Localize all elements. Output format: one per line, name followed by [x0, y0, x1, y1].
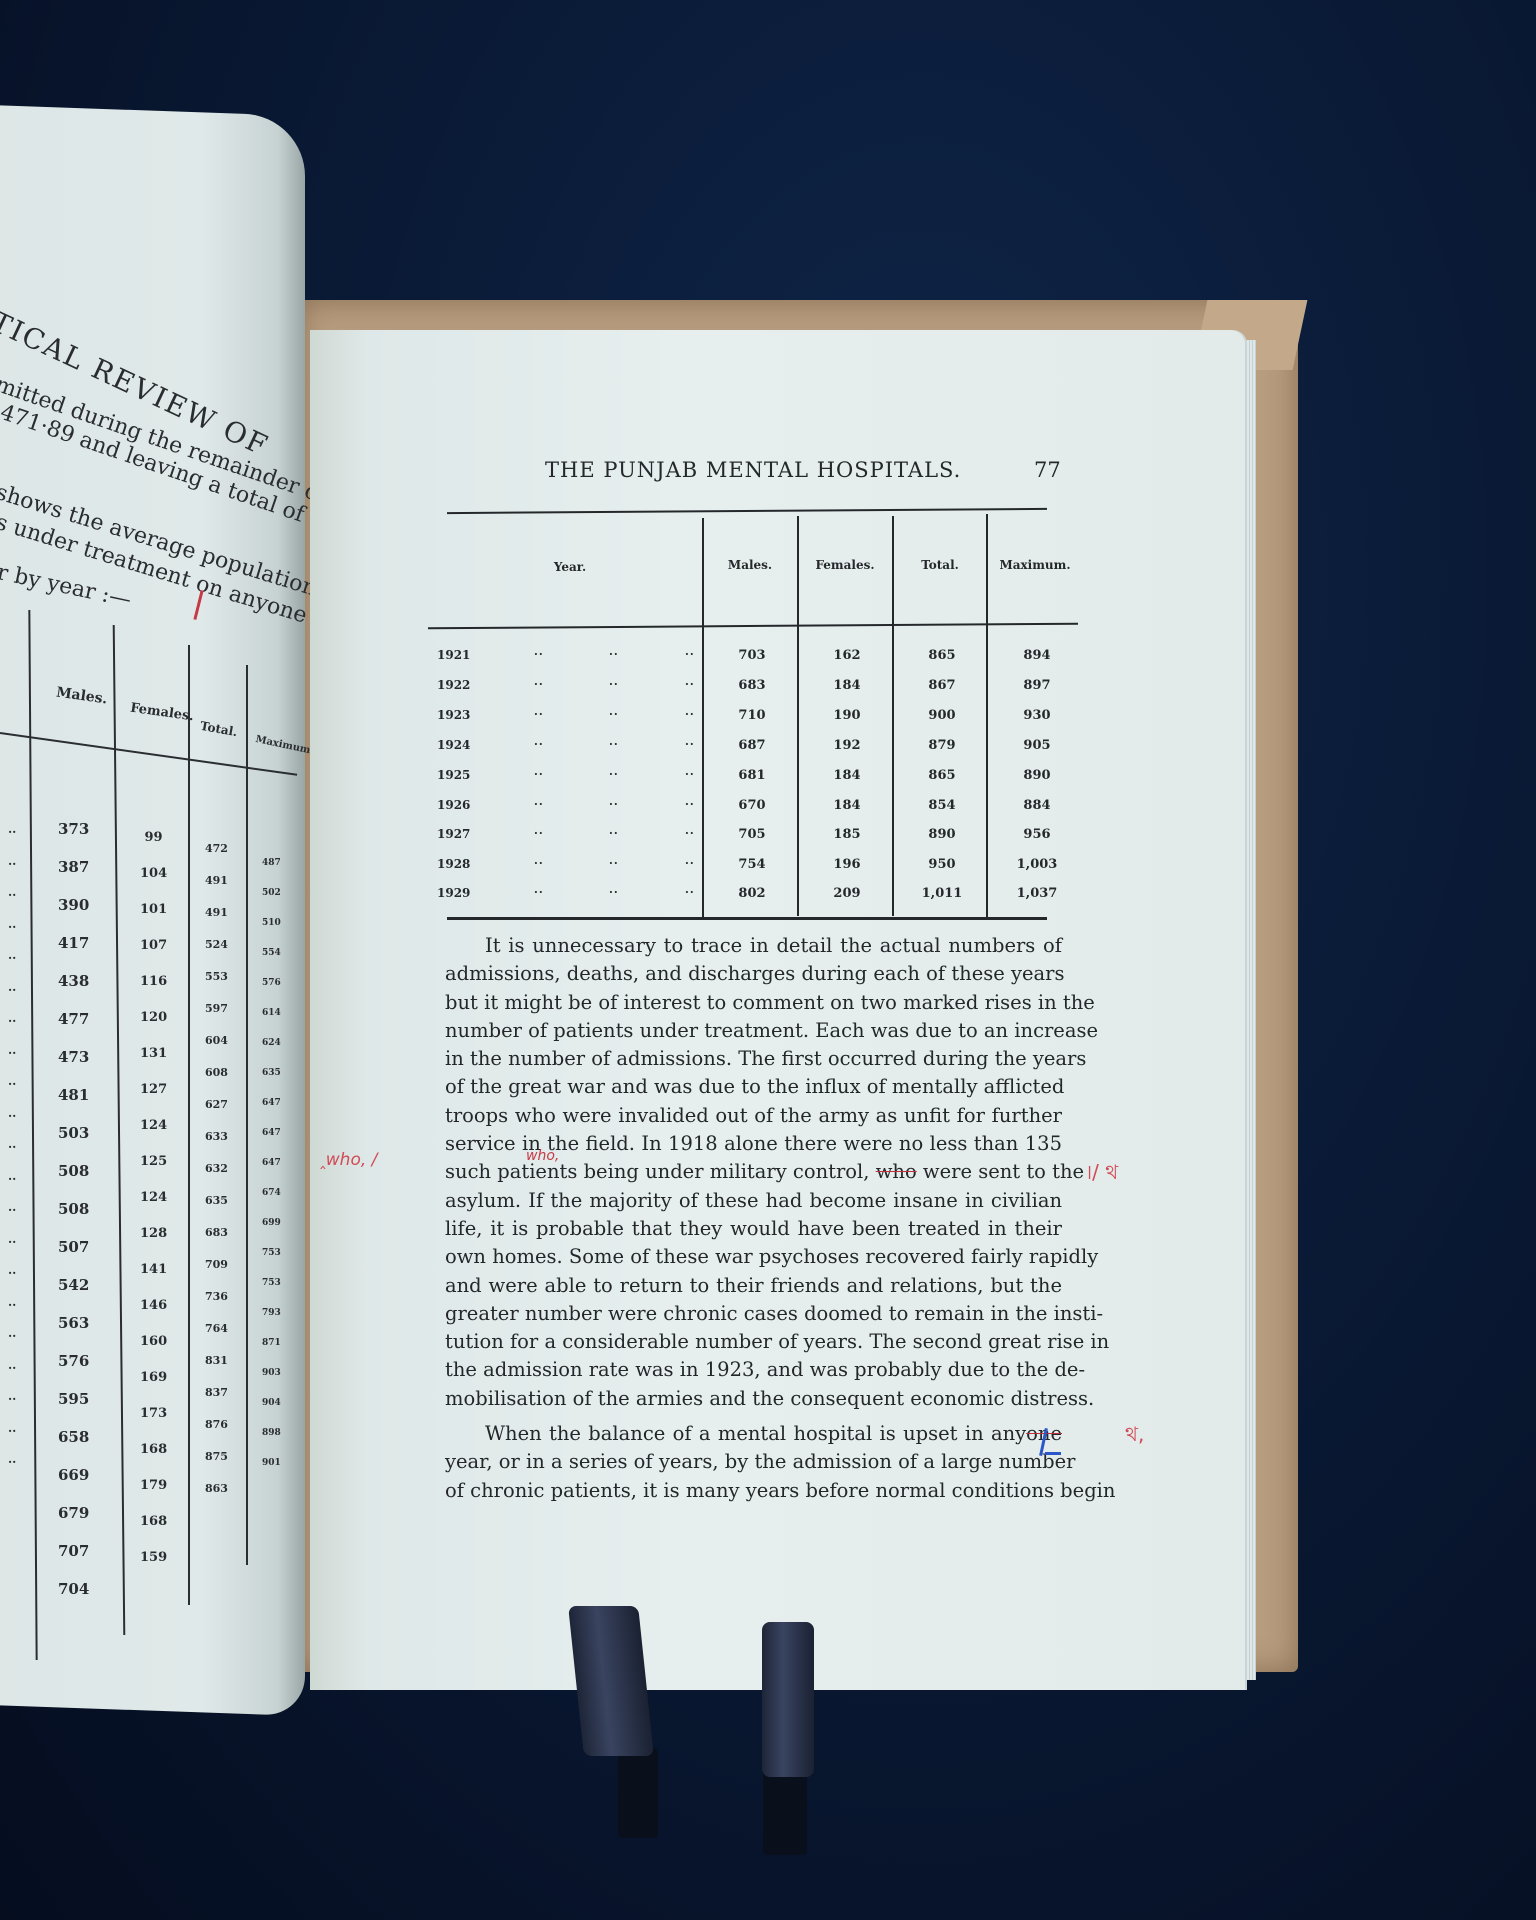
cell: 647: [262, 1158, 281, 1188]
table-col-divider: [113, 625, 126, 1635]
cell-females: 190: [802, 708, 892, 723]
cell: 487: [262, 858, 281, 888]
cell: 901: [262, 1458, 281, 1488]
text-line: greater number were chronic cases doomed…: [445, 1300, 1062, 1328]
cell: 624: [262, 1038, 281, 1068]
cell-year: 1929: [437, 886, 470, 900]
cell: 753: [262, 1248, 281, 1278]
cell: 125: [140, 1154, 167, 1190]
cell: 597: [205, 1002, 228, 1034]
left-page-content: TICAL REVIEW OF mitted during the remain…: [0, 0, 310, 1700]
cell: 753: [262, 1278, 281, 1308]
cell: 128: [140, 1226, 167, 1262]
cell: 503: [58, 1124, 89, 1162]
cell-females: 192: [802, 738, 892, 753]
cell: 146: [140, 1298, 167, 1334]
cell: 508: [58, 1162, 89, 1200]
cell-maximum: 905: [992, 738, 1082, 753]
leader-dots: ··: [534, 857, 544, 870]
cell: 168: [140, 1514, 167, 1550]
cell-females: 162: [802, 648, 892, 663]
column-header-year: Year.: [520, 560, 620, 574]
text-line: troops who were invalided out of the arm…: [445, 1102, 1062, 1130]
cell: 831: [205, 1354, 228, 1386]
text-line: mobilisation of the armies and the conse…: [445, 1385, 1062, 1413]
leader-dots: ··: [685, 857, 695, 870]
leader-dots: ··: [534, 827, 544, 840]
cell: 387: [58, 858, 89, 896]
text-line: asylum. If the majority of these had bec…: [445, 1187, 1062, 1215]
text-fragment: being under military control: [577, 1160, 863, 1183]
paragraph-2: When the balance of a mental hospital is…: [445, 1420, 1062, 1505]
cell-males: 703: [707, 648, 797, 663]
cell: 524: [205, 938, 228, 970]
left-col-males: 373 387 390 417 438 477 473 481 503 508 …: [58, 820, 89, 1618]
cell: 473: [58, 1048, 89, 1086]
column-header-total: Total.: [199, 719, 238, 739]
insertion-note: who,: [526, 1148, 559, 1164]
cell: 614: [262, 1008, 281, 1038]
leader-dots: ··: [685, 678, 695, 691]
text-line: of the great war and was due to the infl…: [445, 1073, 1062, 1101]
cell-males: 687: [707, 738, 797, 753]
table-row: 1926 ·· ·· ·· 670 184 854 884: [437, 798, 1087, 828]
text-line: It is unnecessary to trace in detail the…: [445, 932, 1062, 960]
cell: 683: [205, 1226, 228, 1258]
cell: 131: [140, 1046, 167, 1082]
cell: 669: [58, 1466, 89, 1504]
cell: 837: [205, 1386, 228, 1418]
cell: 502: [262, 888, 281, 918]
cell: 576: [262, 978, 281, 1008]
cell-total: 1,011: [897, 886, 987, 901]
text-line: of chronic patients, it is many years be…: [445, 1477, 1062, 1505]
text-line: but it might be of interest to comment o…: [445, 989, 1062, 1017]
cell: 553: [205, 970, 228, 1002]
column-header-maximum: Maximum.: [255, 734, 310, 757]
cell-year: 1923: [437, 708, 470, 722]
cell: 373: [58, 820, 89, 858]
cell: 635: [262, 1068, 281, 1098]
left-col-females: 99 104 101 107 116 120 131 127 124 125 1…: [140, 830, 167, 1586]
cell-total: 867: [897, 678, 987, 693]
cell: 875: [205, 1450, 228, 1482]
cell: 159: [140, 1550, 167, 1586]
paragraph-1: It is unnecessary to trace in detail the…: [445, 932, 1062, 1413]
text-fragment: When the balance of a mental hospital is…: [485, 1422, 1026, 1445]
cell: 141: [140, 1262, 167, 1298]
cell-maximum: 890: [992, 768, 1082, 783]
cell: 898: [262, 1428, 281, 1458]
leader-dots: ··: [609, 798, 619, 811]
text-line: admissions, deaths, and discharges durin…: [445, 960, 1062, 988]
text-line: the admission rate was in 1923, and was …: [445, 1356, 1062, 1384]
cell: 507: [58, 1238, 89, 1276]
cell-maximum: 894: [992, 648, 1082, 663]
cell-males: 802: [707, 886, 797, 901]
cell-maximum: 930: [992, 708, 1082, 723]
blue-correction-mark: [1045, 1452, 1061, 1455]
cell: 736: [205, 1290, 228, 1322]
cell: 604: [205, 1034, 228, 1066]
leader-dots: ··: [685, 738, 695, 751]
text-line: life, it is probable that they would hav…: [445, 1215, 1062, 1243]
leader-dots: ··: [685, 648, 695, 661]
cell: 438: [58, 972, 89, 1010]
cell: 554: [262, 948, 281, 978]
leader-dots: ··: [534, 768, 544, 781]
table-row: 1923 ·· ·· ·· 710 190 900 930: [437, 708, 1087, 738]
cell: 679: [58, 1504, 89, 1542]
running-head: THE PUNJAB MENTAL HOSPITALS.: [545, 458, 961, 482]
leader-dots: ··: [534, 738, 544, 751]
leader-dots: ··: [534, 708, 544, 721]
table-row: 1928 ·· ·· ·· 754 196 950 1,003: [437, 857, 1087, 887]
cell-year: 1928: [437, 857, 470, 871]
left-col-total: 472 491 491 524 553 597 604 608 627 633 …: [205, 842, 228, 1514]
column-header-females: Females.: [129, 701, 194, 725]
cell: 793: [262, 1308, 281, 1338]
column-header-females: Females.: [800, 558, 890, 572]
cell-year: 1926: [437, 798, 470, 812]
cell: 704: [58, 1580, 89, 1618]
cell-maximum: 884: [992, 798, 1082, 813]
cell-total: 865: [897, 648, 987, 663]
table-col-divider: [28, 610, 37, 1660]
cell: 491: [205, 906, 228, 938]
body-text: It is unnecessary to trace in detail the…: [445, 932, 1062, 1505]
table-row: 1925 ·· ·· ·· 681 184 865 890: [437, 768, 1087, 798]
leader-dots: ··: [609, 738, 619, 751]
cell: 107: [140, 938, 167, 974]
cell: 563: [58, 1314, 89, 1352]
cell: 179: [140, 1478, 167, 1514]
leader-dots: ··: [609, 827, 619, 840]
leader-dots: ··: [685, 827, 695, 840]
cell-maximum: 1,037: [992, 886, 1082, 901]
table-col-divider: [246, 665, 248, 1565]
text-line: in the number of admissions. The first o…: [445, 1045, 1062, 1073]
cell: 658: [58, 1428, 89, 1466]
cell: 632: [205, 1162, 228, 1194]
text-line: year, or in a series of years, by the ad…: [445, 1448, 1062, 1476]
cell: 481: [58, 1086, 89, 1124]
cell: 903: [262, 1368, 281, 1398]
book-stand-base: [763, 1765, 807, 1855]
table-col-divider: [188, 645, 190, 1605]
cell-males: 705: [707, 827, 797, 842]
cell: 417: [58, 934, 89, 972]
column-header-males: Males.: [55, 684, 108, 707]
cell: 595: [58, 1390, 89, 1428]
cell: 472: [205, 842, 228, 874]
cell: 491: [205, 874, 228, 906]
leader-dots: ··: [685, 768, 695, 781]
cell: 876: [205, 1418, 228, 1450]
cell: 124: [140, 1118, 167, 1154]
table-row: 1922 ·· ·· ·· 683 184 867 897: [437, 678, 1087, 708]
cell-females: 184: [802, 768, 892, 783]
cell: 627: [205, 1098, 228, 1130]
cell: 169: [140, 1370, 167, 1406]
cell-males: 683: [707, 678, 797, 693]
cell-total: 854: [897, 798, 987, 813]
leader-dots: ··: [609, 648, 619, 661]
margin-note-right-2: থ,: [1125, 1420, 1144, 1453]
cell-year: 1921: [437, 648, 470, 662]
text-line: tution for a considerable number of year…: [445, 1328, 1062, 1356]
cell: 104: [140, 866, 167, 902]
cell-total: 879: [897, 738, 987, 753]
left-leader-dots: ········································…: [8, 825, 16, 1487]
cell-females: 185: [802, 827, 892, 842]
text-line: and were able to return to their friends…: [445, 1272, 1062, 1300]
table-bottom-rule: [447, 917, 1047, 920]
cell-year: 1922: [437, 678, 470, 692]
leader-dots: ··: [534, 648, 544, 661]
leader-dots: ··: [609, 678, 619, 691]
cell: 390: [58, 896, 89, 934]
cell-males: 670: [707, 798, 797, 813]
cell: 904: [262, 1398, 281, 1428]
cell-males: 710: [707, 708, 797, 723]
cell: 101: [140, 902, 167, 938]
cell-total: 865: [897, 768, 987, 783]
cell-maximum: 956: [992, 827, 1082, 842]
cell-total: 890: [897, 827, 987, 842]
cell-year: 1925: [437, 768, 470, 782]
margin-note-left: ‸who, /: [320, 1150, 377, 1170]
cell: 871: [262, 1338, 281, 1368]
column-header-males: Males.: [705, 558, 795, 572]
cell: 647: [262, 1128, 281, 1158]
cell-total: 950: [897, 857, 987, 872]
struck-word: who: [876, 1160, 917, 1183]
cell: 173: [140, 1406, 167, 1442]
cell-maximum: 1,003: [992, 857, 1082, 872]
table-row: 1929 ·· ·· ·· 802 209 1,011 1,037: [437, 886, 1087, 916]
cell: 510: [262, 918, 281, 948]
text-fragment: were sent to the: [917, 1160, 1084, 1183]
cell: 576: [58, 1352, 89, 1390]
left-table: Males. Females. Total. Maximum. ········…: [0, 610, 300, 1660]
leader-dots: ··: [685, 708, 695, 721]
cell: 508: [58, 1200, 89, 1238]
cell-females: 209: [802, 886, 892, 901]
cell-females: 184: [802, 798, 892, 813]
column-header-maximum: Maximum.: [990, 558, 1080, 572]
table-row: 1927 ·· ·· ·· 705 185 890 956: [437, 827, 1087, 857]
cell: 699: [262, 1218, 281, 1248]
cell: 124: [140, 1190, 167, 1226]
leader-dots: ··: [609, 708, 619, 721]
cell-maximum: 897: [992, 678, 1082, 693]
cell: 647: [262, 1098, 281, 1128]
leader-dots: ··: [609, 857, 619, 870]
cell: 116: [140, 974, 167, 1010]
cell-year: 1924: [437, 738, 470, 752]
leader-dots: ··: [685, 798, 695, 811]
text-line: number of patients under treatment. Each…: [445, 1017, 1062, 1045]
cell: 542: [58, 1276, 89, 1314]
cell-total: 900: [897, 708, 987, 723]
cell: 168: [140, 1442, 167, 1478]
leader-dots: ··: [534, 798, 544, 811]
table-row: 1924 ·· ·· ·· 687 192 879 905: [437, 738, 1087, 768]
cell: 477: [58, 1010, 89, 1048]
cell: 764: [205, 1322, 228, 1354]
text-line-edited: When the balance of a mental hospital is…: [445, 1420, 1062, 1448]
cell: 99: [140, 830, 167, 866]
book-stand-arm-right: [762, 1622, 814, 1777]
table-row: 1921 ·· ·· ·· 703 162 865 894: [437, 648, 1087, 678]
leader-dots: ··: [534, 886, 544, 899]
cell: 635: [205, 1194, 228, 1226]
leader-dots: ··: [609, 886, 619, 899]
table-header-rule: [0, 732, 297, 776]
cell: 120: [140, 1010, 167, 1046]
cell: 160: [140, 1334, 167, 1370]
book-stand-base: [618, 1748, 658, 1838]
cell: 709: [205, 1258, 228, 1290]
cell: 633: [205, 1130, 228, 1162]
cell-females: 184: [802, 678, 892, 693]
cell-males: 754: [707, 857, 797, 872]
leader-dots: ··: [685, 886, 695, 899]
cell: 608: [205, 1066, 228, 1098]
cell-females: 196: [802, 857, 892, 872]
leader-dots: ··: [534, 678, 544, 691]
page-number: 77: [1034, 458, 1061, 482]
margin-note-right-1: ।/ থ: [1085, 1158, 1118, 1191]
leader-dots: ··: [609, 768, 619, 781]
cell-year: 1927: [437, 827, 470, 841]
cell-males: 681: [707, 768, 797, 783]
left-col-maximum: 487 502 510 554 576 614 624 635 647 647 …: [262, 858, 281, 1488]
cell: 707: [58, 1542, 89, 1580]
column-header-total: Total.: [895, 558, 985, 572]
text-line: own homes. Some of these war psychoses r…: [445, 1243, 1062, 1271]
cell: 863: [205, 1482, 228, 1514]
cell: 674: [262, 1188, 281, 1218]
cell: 127: [140, 1082, 167, 1118]
